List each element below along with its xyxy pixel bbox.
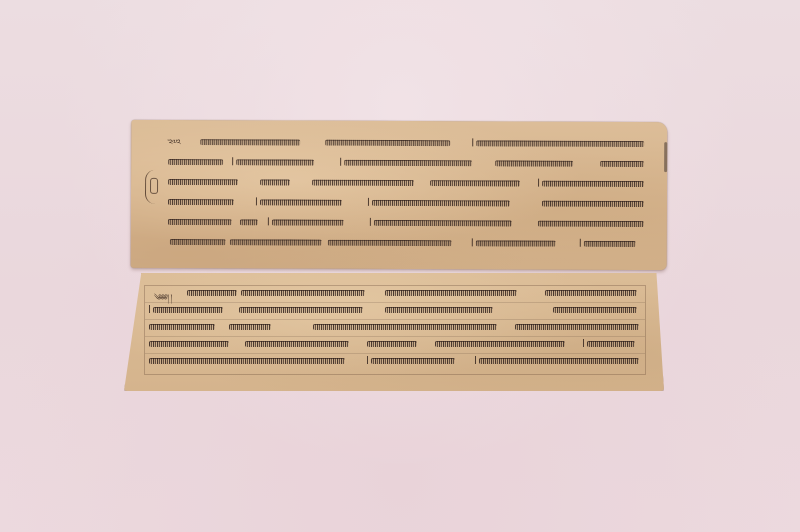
text-line-segment — [153, 307, 223, 313]
text-line-segment — [149, 341, 229, 347]
shad-mark — [367, 356, 368, 364]
text-line-segment — [241, 290, 365, 296]
text-block — [149, 130, 652, 260]
text-line-segment — [435, 341, 565, 347]
ruling-line — [145, 302, 645, 303]
manuscript-folio-lower: ༄༅༅། ། — [124, 273, 664, 391]
text-line-segment — [372, 200, 510, 207]
shad-mark — [368, 198, 369, 206]
text-line-segment — [538, 221, 644, 227]
shad-mark — [580, 239, 581, 247]
text-line-segment — [553, 307, 637, 313]
text-line-segment — [313, 324, 497, 330]
text-line-segment — [430, 180, 520, 186]
text-line-segment — [344, 160, 472, 167]
text-line-segment — [385, 290, 517, 296]
text-line-segment — [240, 219, 258, 225]
text-line-segment — [545, 290, 637, 296]
text-line-segment — [479, 358, 639, 364]
text-line-segment — [170, 239, 226, 245]
text-line-segment — [587, 341, 635, 347]
shad-mark — [472, 138, 473, 146]
text-line-segment — [149, 324, 215, 330]
manuscript-folio-upper: ་༢༧༢ — [131, 120, 668, 270]
text-line-segment — [200, 139, 300, 145]
photo-scene: ་༢༧༢ — [0, 0, 800, 532]
text-line-segment — [542, 201, 644, 207]
text-line-segment — [239, 307, 363, 313]
text-line-segment — [584, 241, 636, 247]
text-line-segment — [149, 358, 345, 364]
text-line-segment — [542, 181, 644, 187]
text-line-segment — [600, 161, 644, 167]
text-line-segment — [385, 307, 493, 313]
text-line-segment — [325, 140, 450, 147]
text-line-segment — [272, 219, 344, 225]
shad-mark — [268, 217, 269, 225]
text-line-segment — [328, 240, 452, 247]
text-line-segment — [374, 220, 512, 227]
text-line-segment — [476, 240, 556, 246]
text-line-segment — [260, 199, 342, 205]
text-line-segment — [187, 290, 237, 296]
shad-mark — [340, 158, 341, 166]
shad-mark — [256, 197, 257, 205]
folio-edge-stain — [664, 142, 667, 172]
ruling-line — [145, 319, 645, 320]
text-line-segment — [476, 140, 644, 147]
shad-mark — [583, 339, 584, 347]
text-line-segment — [168, 179, 238, 185]
text-line-segment — [495, 160, 573, 166]
ruled-text-frame — [144, 285, 646, 375]
shad-mark — [370, 218, 371, 226]
text-line-segment — [245, 341, 349, 347]
text-line-segment — [260, 179, 290, 185]
shad-mark — [149, 305, 150, 313]
shad-mark — [538, 179, 539, 187]
text-line-segment — [230, 239, 322, 245]
shad-mark — [472, 238, 473, 246]
text-line-segment — [168, 199, 234, 205]
ruling-line — [145, 353, 645, 354]
text-line-segment — [168, 159, 223, 165]
text-line-segment — [236, 159, 314, 165]
text-line-segment — [367, 341, 417, 347]
text-line-segment — [229, 324, 271, 330]
text-line-segment — [168, 219, 232, 225]
text-line-segment — [515, 324, 639, 330]
shad-mark — [475, 356, 476, 364]
text-line-segment — [312, 180, 414, 186]
ruling-line — [145, 336, 645, 337]
text-line-segment — [371, 358, 455, 364]
shad-mark — [232, 157, 233, 165]
